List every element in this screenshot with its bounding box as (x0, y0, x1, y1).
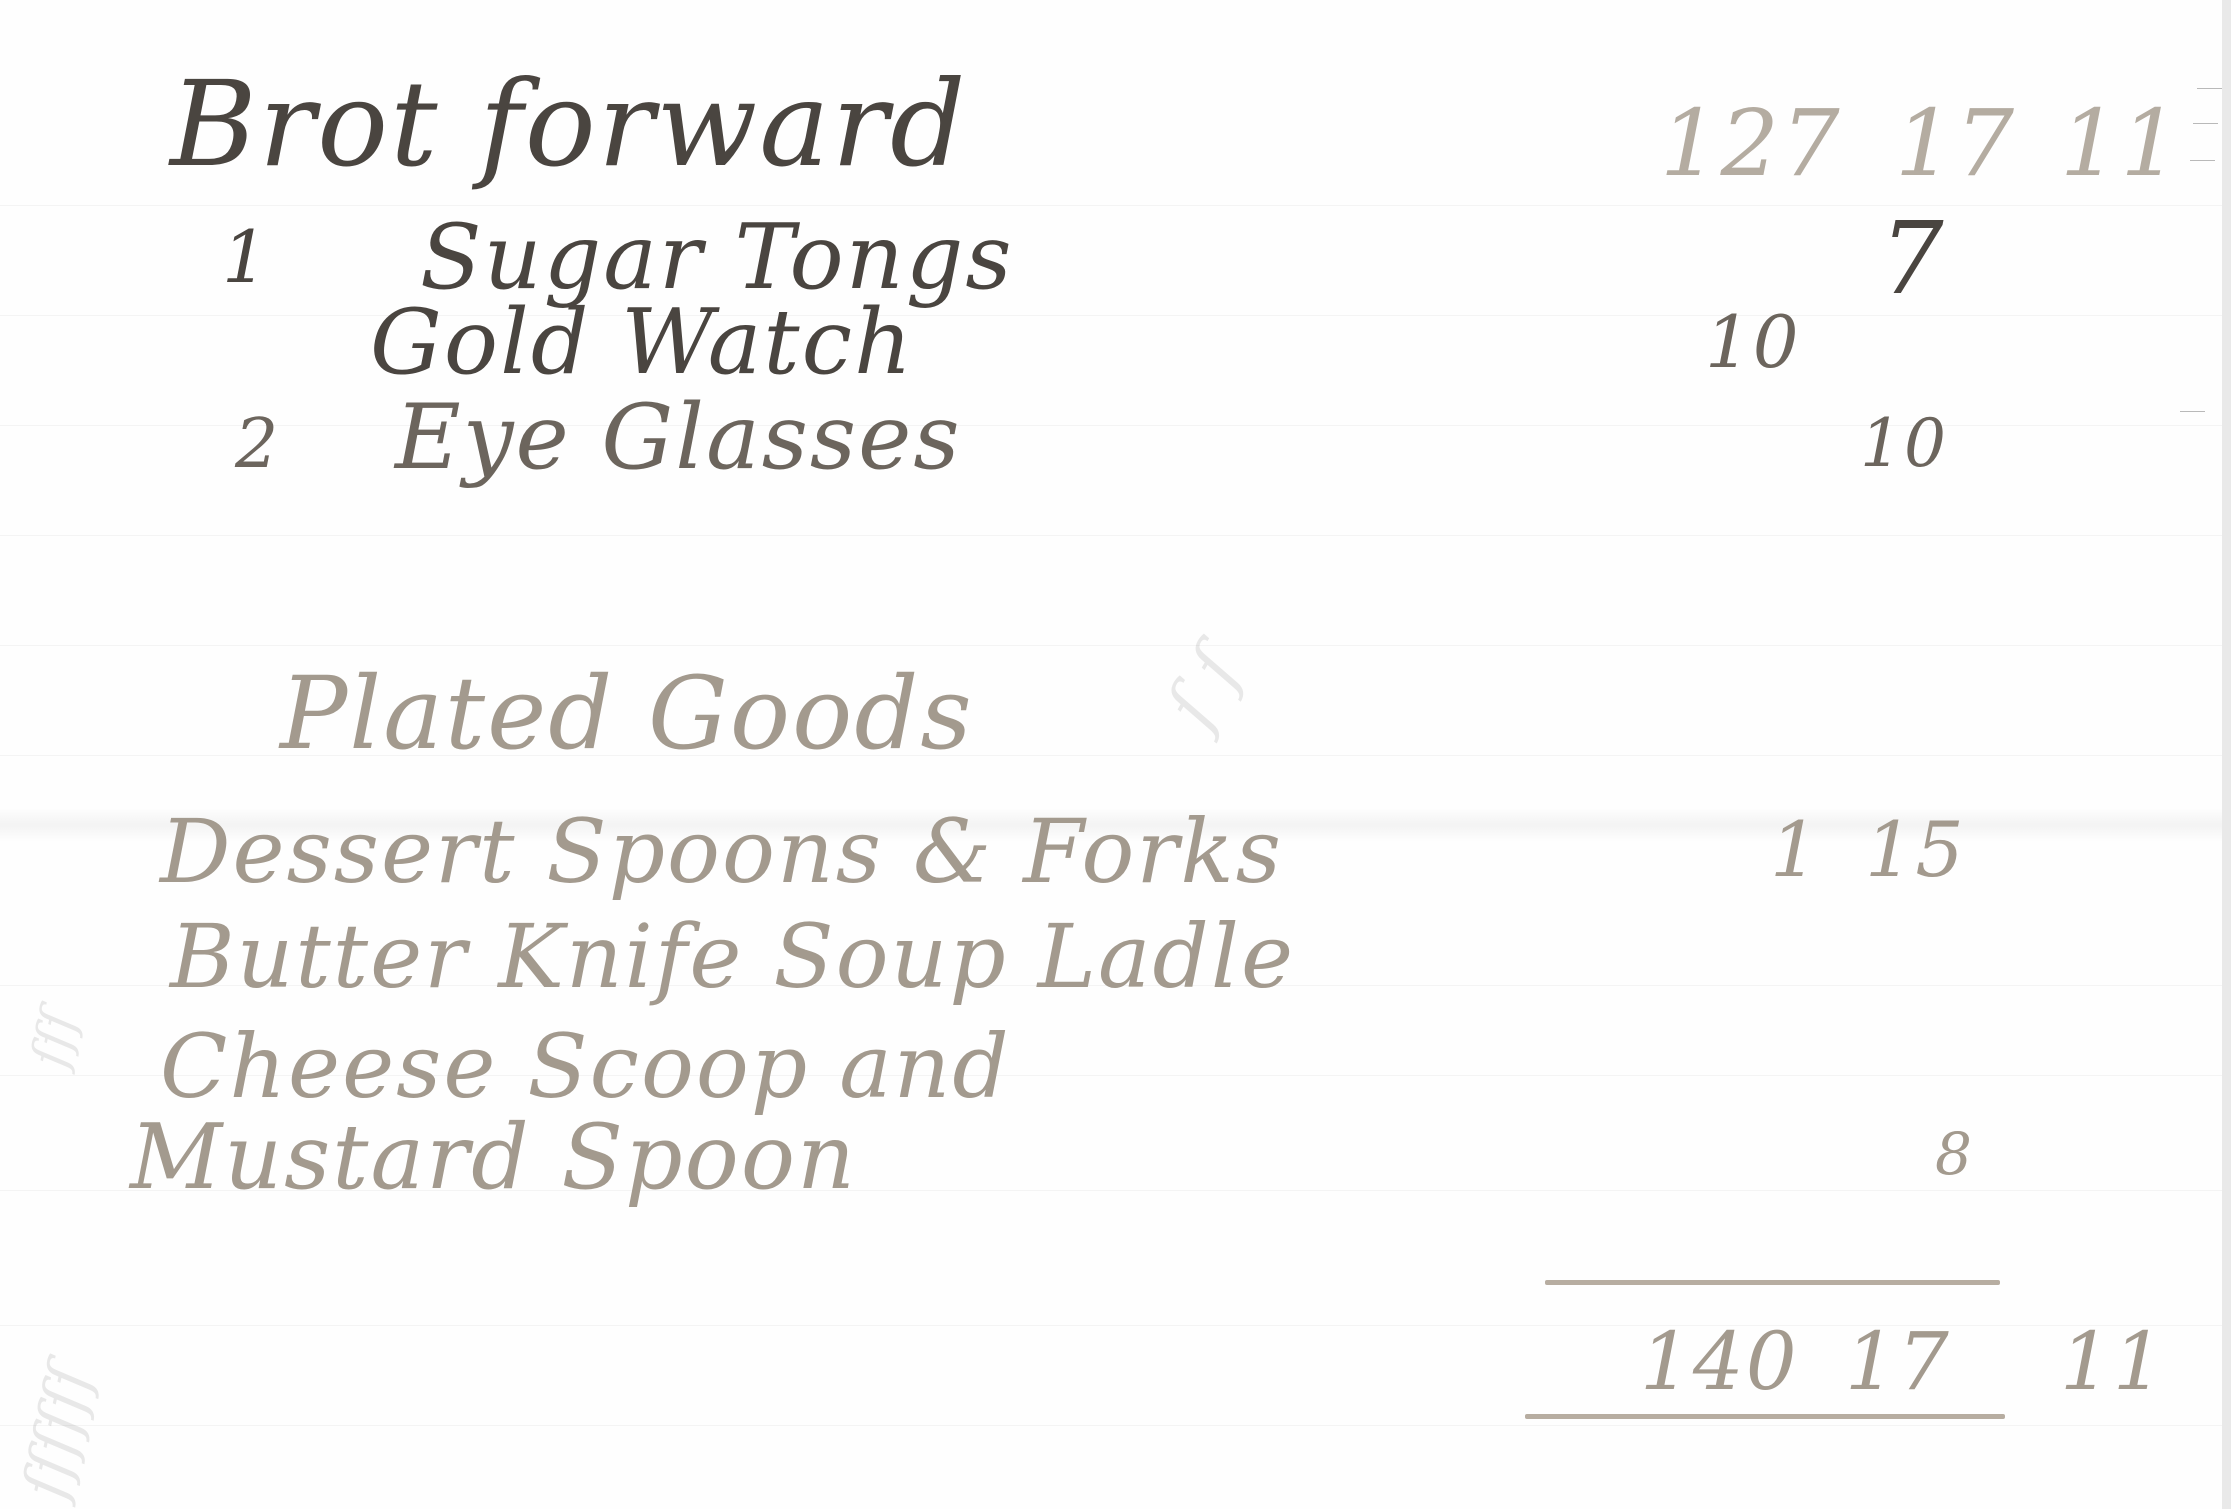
brought-forward-pence: 11 (2060, 90, 2181, 197)
section-line-1-shillings: 15 (1865, 805, 1966, 894)
margin-tick (2193, 123, 2218, 124)
item-3-shillings: 10 (1860, 405, 1948, 482)
brought-forward-pounds: 127 (1660, 90, 1842, 197)
section-line-4-shillings: 8 (1935, 1120, 1974, 1188)
total-pence: 11 (2060, 1315, 2166, 1408)
ledger-page: ſſſſſſ ſſſ ſ ſ Brot forward 127 17 11 1 … (0, 0, 2222, 1509)
total-rule (1525, 1414, 2005, 1419)
item-3-description: Eye Glasses (395, 385, 962, 490)
section-line-3-description: Cheese Scoop and (160, 1015, 1011, 1118)
ruled-line (0, 1425, 2222, 1426)
margin-tick (2197, 88, 2222, 89)
item-3-qty: 2 (235, 405, 280, 484)
item-2-description: Gold Watch (370, 290, 914, 395)
section-line-2-description: Butter Knife Soup Ladle (170, 905, 1295, 1008)
item-2-pounds: 10 (1705, 300, 1801, 384)
margin-tick (2180, 411, 2205, 412)
ruled-line (0, 645, 2222, 646)
item-1-qty: 1 (222, 215, 270, 299)
brought-forward-shillings: 17 (1895, 90, 2016, 197)
show-through-marks: ſſſ (20, 1006, 88, 1072)
total-pounds: 140 (1640, 1315, 1799, 1408)
section-line-4-description: Mustard Spoon (130, 1105, 857, 1210)
show-through-marks: ſ ſ (1150, 636, 1258, 741)
section-line-1-pounds: 1 (1770, 805, 1820, 894)
subtotal-rule (1545, 1280, 2000, 1285)
brought-forward-label: Brot forward (170, 55, 968, 193)
item-1-shillings: 7 (1880, 200, 1946, 317)
show-through-marks: ſſſſſſ (10, 1360, 106, 1505)
section-title: Plated Goods (280, 655, 974, 772)
margin-tick (2190, 160, 2215, 161)
section-line-1-description: Dessert Spoons & Forks (160, 800, 1283, 903)
total-shillings: 17 (1845, 1315, 1951, 1408)
ruled-line (0, 535, 2222, 536)
